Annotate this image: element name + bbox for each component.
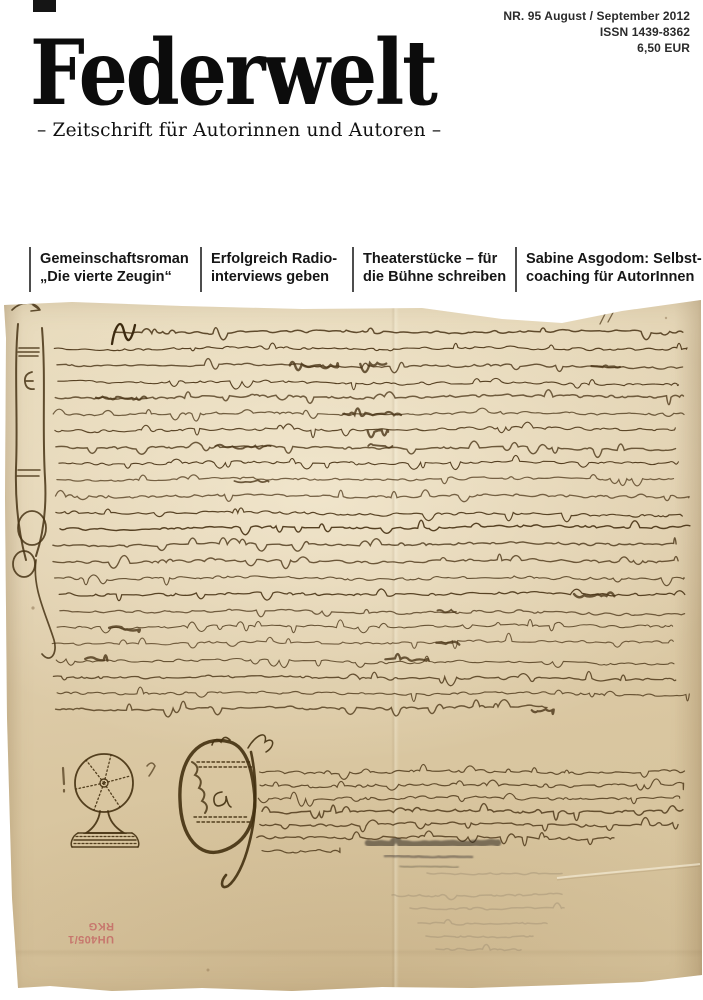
topic-label: Gemeinschaftsroman „Die vierte Zeugin“ [40, 250, 193, 285]
topic-label: Sabine Asgodom: Selbst- coaching für Aut… [526, 250, 702, 285]
manuscript-photo: UH405/1 RKG [2, 298, 702, 998]
issue-issn: ISSN 1439-8362 [503, 24, 690, 40]
topic-line: Erfolgreich Radio- [211, 250, 346, 268]
topic-label: Erfolgreich Radio- interviews geben [211, 250, 346, 285]
main-script-block [52, 328, 690, 717]
topic-theaterstuecke: Theaterstücke – für die Bühne schreiben [352, 247, 515, 292]
topic-line: coaching für AutorInnen [526, 268, 702, 286]
ink-stamp [368, 840, 498, 868]
magazine-subtitle: – Zeitschrift für Autorinnen und Autoren… [37, 120, 441, 141]
topic-line: Sabine Asgodom: Selbst- [526, 250, 702, 268]
topic-line: die Bühne schreiben [363, 268, 509, 286]
opening-initial-n [112, 324, 135, 344]
issue-info: NR. 95 August / September 2012 ISSN 1439… [503, 8, 690, 56]
topic-gemeinschaftsroman: Gemeinschaftsroman „Die vierte Zeugin“ [29, 247, 200, 292]
topic-line: Gemeinschaftsroman [40, 250, 193, 268]
magazine-title: Federwelt [30, 28, 436, 118]
topic-radiointerviews: Erfolgreich Radio- interviews geben [200, 247, 352, 292]
magazine-cover: NR. 95 August / September 2012 ISSN 1439… [0, 0, 703, 1000]
issue-number-date: NR. 95 August / September 2012 [503, 8, 690, 24]
topic-selbstcoaching: Sabine Asgodom: Selbst- coaching für Aut… [515, 247, 703, 292]
manuscript-artwork [2, 298, 702, 998]
topic-label: Theaterstücke – für die Bühne schreiben [363, 250, 509, 285]
topic-line: interviews geben [211, 268, 346, 286]
topic-line: Theaterstücke – für [363, 250, 509, 268]
marginal-flourish [12, 303, 55, 658]
ornate-initial [180, 735, 273, 887]
registration-mark [33, 0, 56, 12]
shelfmark-line: RKG [64, 920, 114, 933]
archive-shelfmark-stamp: UH405/1 RKG [64, 920, 114, 945]
creases-and-specks [31, 317, 700, 972]
issue-price: 6,50 EUR [503, 40, 690, 56]
bottom-script-block [257, 764, 685, 853]
shelfmark-line: UH405/1 [64, 933, 114, 946]
wheel-drawing [71, 754, 139, 847]
pen-marks [63, 307, 616, 792]
topic-line: „Die vierte Zeugin“ [40, 268, 193, 286]
topics-bar: Gemeinschaftsroman „Die vierte Zeugin“ E… [29, 247, 703, 292]
bleedthrough-script [392, 873, 564, 951]
